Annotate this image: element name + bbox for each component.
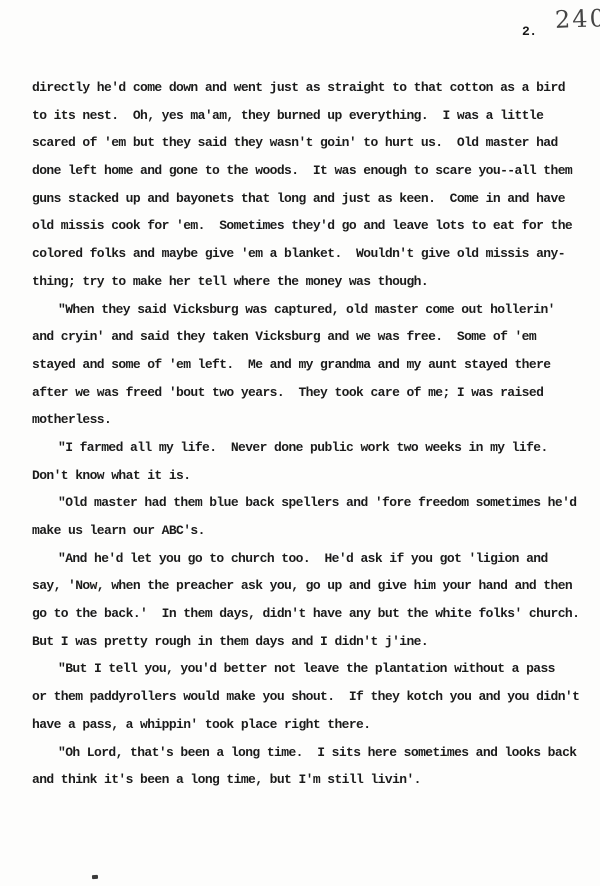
text-line: scared of 'em but they said they wasn't … xyxy=(32,129,588,157)
text-line: after we was freed 'bout two years. They… xyxy=(32,379,588,407)
text-line: "And he'd let you go to church too. He'd… xyxy=(32,545,588,573)
text-line: directly he'd come down and went just as… xyxy=(32,74,588,102)
text-line: and think it's been a long time, but I'm… xyxy=(32,766,588,794)
text-line: "Oh Lord, that's been a long time. I sit… xyxy=(32,739,588,767)
text-line: and cryin' and said they taken Vicksburg… xyxy=(32,323,588,351)
text-line: "Old master had them blue back spellers … xyxy=(32,489,588,517)
archive-stamp-number: 240 xyxy=(555,4,600,34)
text-line: motherless. xyxy=(32,406,588,434)
text-line: go to the back.' In them days, didn't ha… xyxy=(32,600,588,628)
text-line: colored folks and maybe give 'em a blank… xyxy=(32,240,588,268)
text-line: "When they said Vicksburg was captured, … xyxy=(32,296,588,324)
text-line: make us learn our ABC's. xyxy=(32,517,588,545)
text-line: stayed and some of 'em left. Me and my g… xyxy=(32,351,588,379)
text-line: Don't know what it is. xyxy=(32,462,588,490)
document-text: directly he'd come down and went just as… xyxy=(32,74,588,794)
text-line: guns stacked up and bayonets that long a… xyxy=(32,185,588,213)
document-page: 240 2. directly he'd come down and went … xyxy=(0,0,600,886)
text-line: have a pass, a whippin' took place right… xyxy=(32,711,588,739)
text-line: done left home and gone to the woods. It… xyxy=(32,157,588,185)
text-line: say, 'Now, when the preacher ask you, go… xyxy=(32,572,588,600)
text-line: "I farmed all my life. Never done public… xyxy=(32,434,588,462)
text-line: to its nest. Oh, yes ma'am, they burned … xyxy=(32,102,588,130)
text-line: "But I tell you, you'd better not leave … xyxy=(32,655,588,683)
text-line: But I was pretty rough in them days and … xyxy=(32,628,588,656)
text-line: thing; try to make her tell where the mo… xyxy=(32,268,588,296)
scan-speck xyxy=(92,875,98,879)
text-line: or them paddyrollers would make you shou… xyxy=(32,683,588,711)
text-line: old missis cook for 'em. Sometimes they'… xyxy=(32,212,588,240)
page-number: 2. xyxy=(522,24,537,39)
